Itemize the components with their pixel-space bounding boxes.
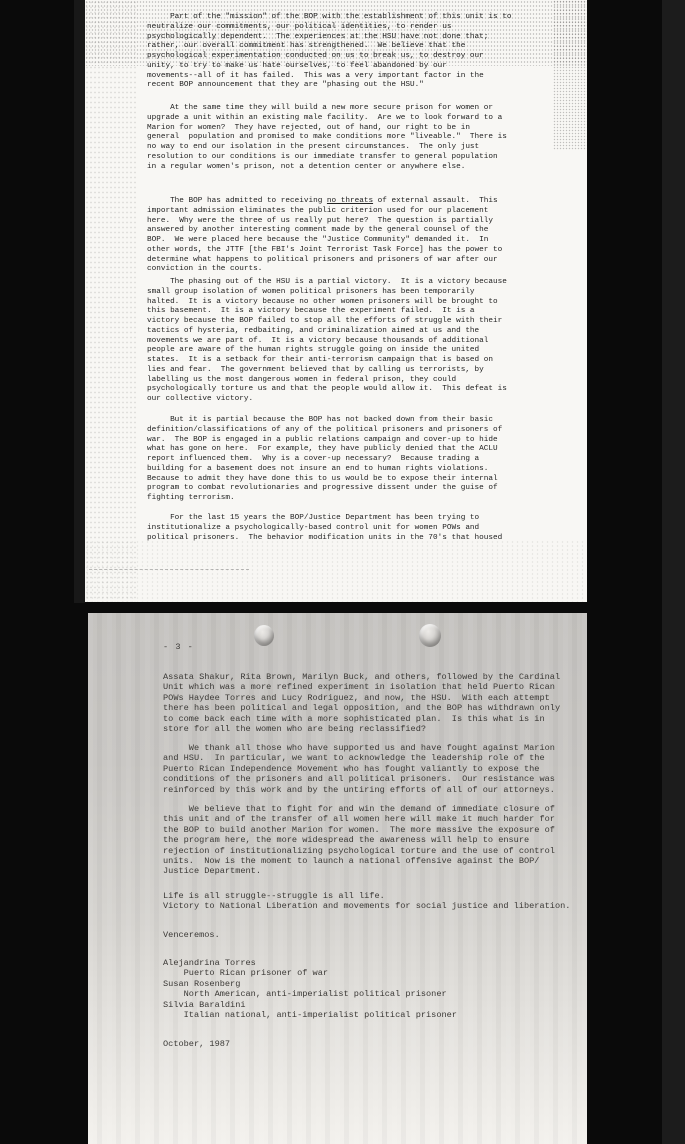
page1-paragraph-6: For the last 15 years the BOP/Justice De… [147, 514, 502, 543]
underlined-phrase: no threats [327, 197, 373, 205]
page1-paragraph-3: The BOP has admitted to receiving no thr… [147, 197, 502, 275]
page2-paragraph-1: Assata Shakur, Rita Brown, Marilyn Buck,… [163, 672, 560, 734]
signature-block: Alejandrina Torres Puerto Rican prisoner… [163, 958, 457, 1020]
paragraph-text-segment: The BOP has admitted to receiving [147, 197, 327, 205]
scan-edge-shadow-right [662, 0, 685, 1144]
scan-noise [85, 540, 587, 602]
slogan-lines: Life is all struggle--struggle is all li… [163, 891, 570, 912]
page1-paragraph-1: Part of the "mission" of the BOP with th… [147, 13, 511, 91]
scan-edge-shadow-left [74, 0, 85, 603]
scan-noise [85, 0, 137, 602]
scan-noise [553, 0, 587, 150]
page1-paragraph-5: But it is partial because the BOP has no… [147, 416, 502, 504]
punch-hole-right [419, 624, 441, 647]
scanned-document-view: Part of the "mission" of the BOP with th… [0, 0, 685, 1144]
page1-paragraph-2: At the same time they will build a new m… [147, 104, 507, 172]
page2-paragraph-3: We believe that to fight for and win the… [163, 804, 555, 877]
paragraph-text-segment: of external assault. This important admi… [147, 197, 502, 273]
closing-venceremos: Venceremos. [163, 930, 220, 940]
scan-artifact-dashes [89, 569, 249, 570]
punch-hole-left [254, 625, 274, 646]
page-number: - 3 - [163, 642, 194, 652]
page2-paragraph-2: We thank all those who have supported us… [163, 743, 555, 795]
page1-paragraph-4: The phasing out of the HSU is a partial … [147, 278, 507, 405]
document-page-1: Part of the "mission" of the BOP with th… [85, 0, 587, 602]
document-page-2: - 3 - Assata Shakur, Rita Brown, Marilyn… [88, 613, 587, 1144]
date-line: October, 1987 [163, 1039, 230, 1049]
